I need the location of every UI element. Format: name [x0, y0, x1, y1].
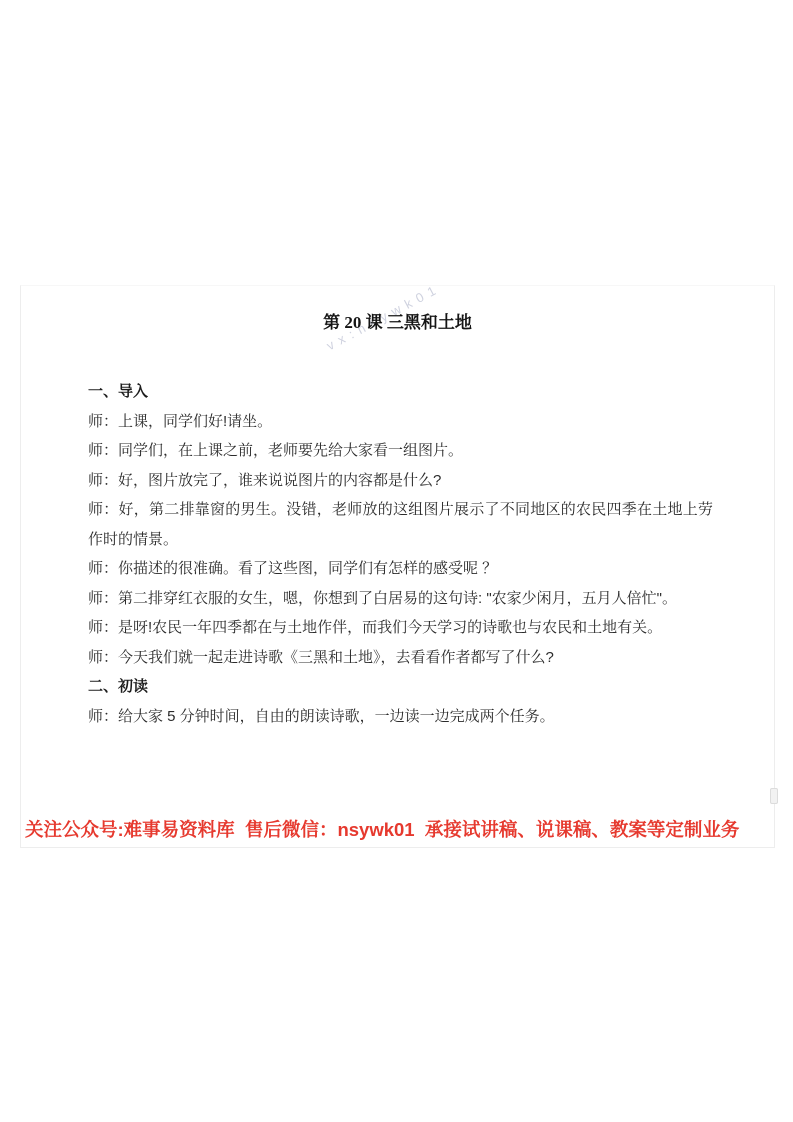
- dialogue-line: 师：好，图片放完了，谁来说说图片的内容都是什么?: [88, 466, 713, 496]
- section-heading-intro: 一、导入: [88, 377, 713, 407]
- scroll-thumb-icon: [770, 788, 778, 804]
- document-page: vx:nsywk01 第 20 课 三黑和土地 一、导入 师：上课，同学们好!请…: [20, 285, 775, 848]
- dialogue-line: 师：第二排穿红衣服的女生，嗯，你想到了白居易的这句诗: "农家少闲月，五月人倍忙…: [88, 584, 713, 614]
- dialogue-line: 师：好，第二排靠窗的男生。没错，老师放的这组图片展示了不同地区的农民四季在土地上…: [88, 495, 713, 554]
- dialogue-line: 师：给大家 5 分钟时间，自由的朗读诗歌，一边读一边完成两个任务。: [88, 702, 713, 732]
- dialogue-line: 师：上课，同学们好!请坐。: [88, 407, 713, 437]
- dialogue-line: 师：今天我们就一起走进诗歌《三黑和土地》，去看看作者都写了什么?: [88, 643, 713, 673]
- promo-banner: 关注公众号:难事易资料库 售后微信：nsywk01 承接试讲稿、说课稿、教案等定…: [25, 816, 772, 842]
- document-title: 第 20 课 三黑和土地: [21, 308, 774, 333]
- dialogue-line: 师：是呀!农民一年四季都在与土地作伴，而我们今天学习的诗歌也与农民和土地有关。: [88, 613, 713, 643]
- lesson-script: 一、导入 师：上课，同学们好!请坐。 师：同学们，在上课之前，老师要先给大家看一…: [88, 377, 713, 731]
- dialogue-line: 师：你描述的很准确。看了这些图，同学们有怎样的感受呢 ？: [88, 554, 713, 584]
- dialogue-line: 师：同学们，在上课之前，老师要先给大家看一组图片。: [88, 436, 713, 466]
- section-heading-first-read: 二、初读: [88, 672, 713, 702]
